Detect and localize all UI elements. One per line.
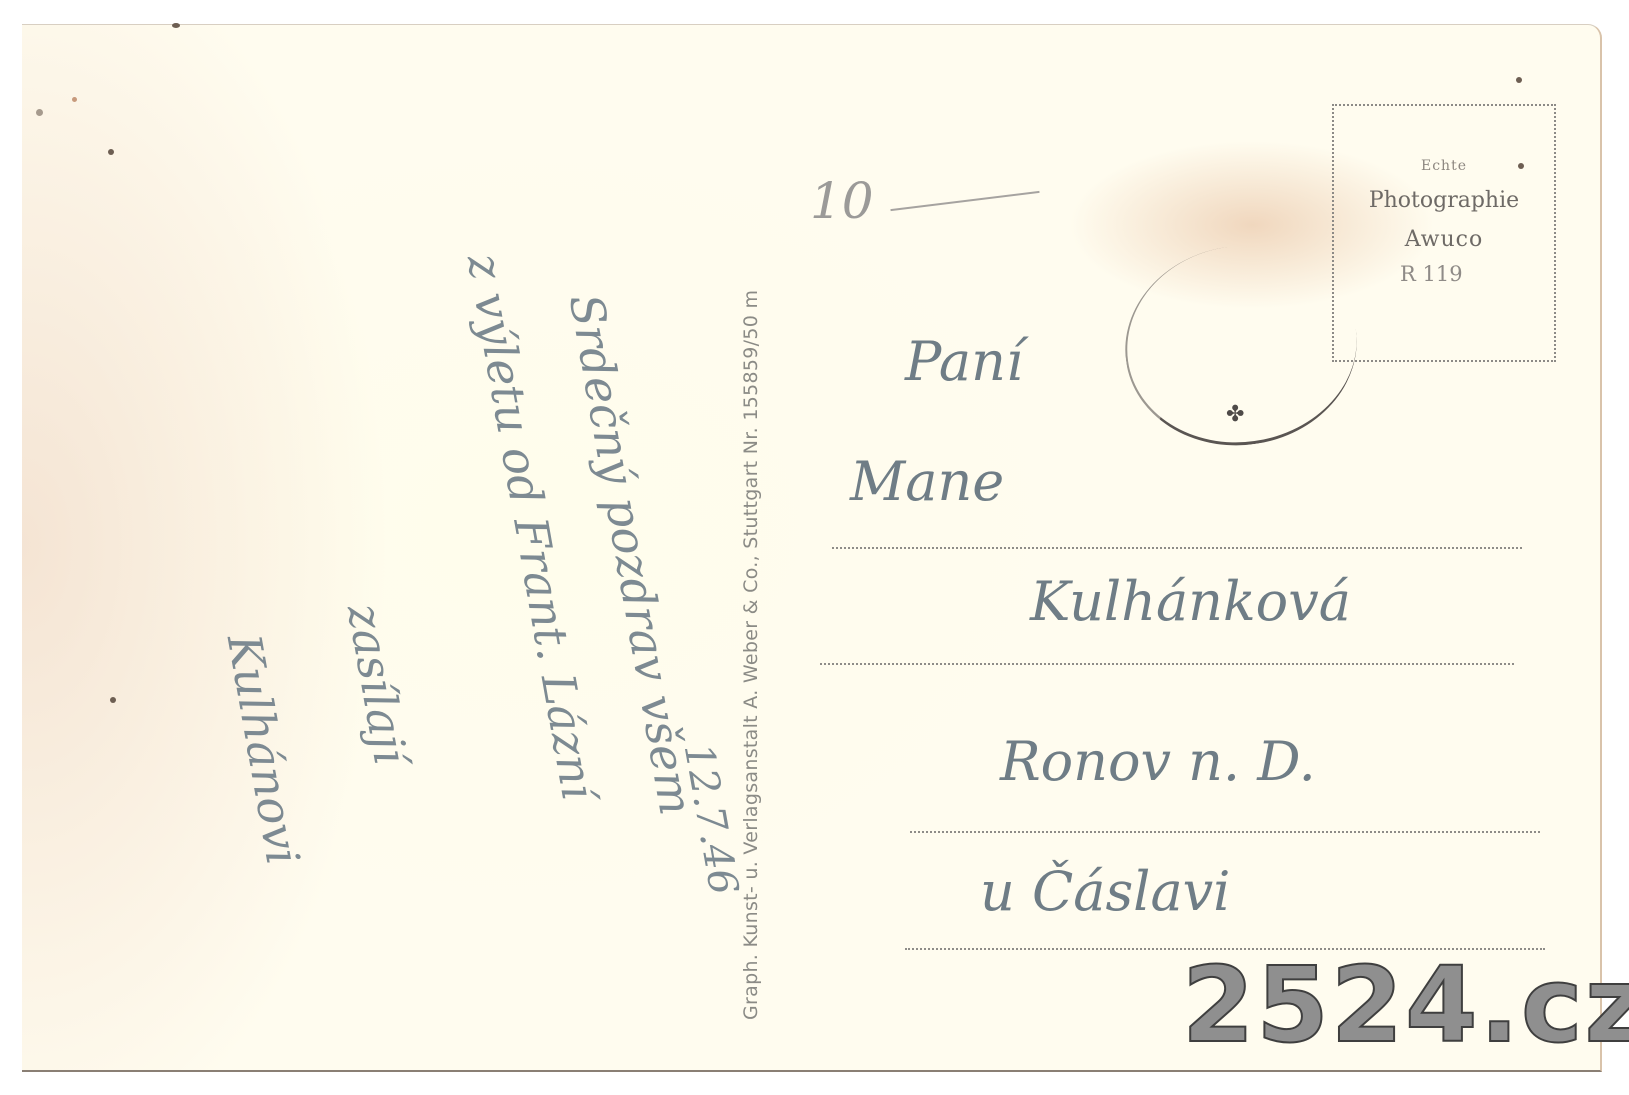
address-rule <box>910 831 1540 833</box>
stamp-box: Echte Photographie Awuco R 119 <box>1332 104 1556 362</box>
address-salutation: Paní <box>905 330 1023 393</box>
address-town: Ronov n. D. <box>1000 730 1316 793</box>
publisher-imprint: Graph. Kunst- u. Verlagsanstalt A. Weber… <box>740 290 762 1020</box>
ink-speck <box>36 109 43 116</box>
ink-speck <box>72 97 77 102</box>
watermark: 2524.cz <box>1182 944 1629 1066</box>
address-first-name: Mane <box>850 450 1004 513</box>
ink-speck <box>110 697 116 703</box>
pencil-note: 10 <box>810 172 874 230</box>
ink-speck <box>108 149 114 155</box>
stamp-box-line: Awuco <box>1334 227 1554 252</box>
address-rule <box>832 547 1522 549</box>
stamp-box-line: R 119 <box>1334 262 1554 286</box>
address-rule <box>820 663 1514 665</box>
stamp-box-line: Photographie <box>1334 188 1554 213</box>
ink-speck <box>1516 77 1522 83</box>
ink-speck <box>172 23 180 28</box>
address-region: u Čáslavi <box>980 860 1230 923</box>
stamp-box-line: Echte <box>1334 158 1554 174</box>
address-surname: Kulhánková <box>1030 570 1351 633</box>
postmark-cross-icon: ✤ <box>1226 402 1244 427</box>
